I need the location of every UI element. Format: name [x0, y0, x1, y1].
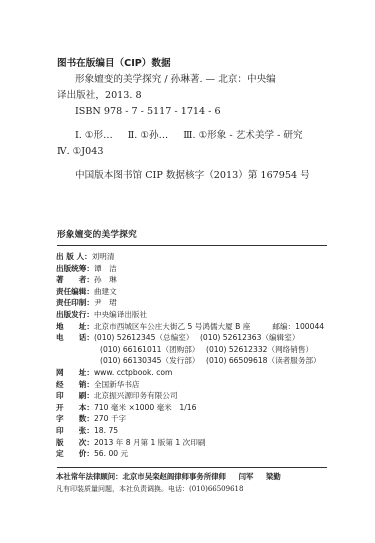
phone-line-2: (010) 66161011（团购部） (010) 52612332（网络销售） — [56, 344, 324, 356]
footer: 本社常年法律顾问：北京市吴栾赵阎律师事务所律师 闫军 梁勤 凡有印装质量问题，本… — [56, 471, 281, 495]
label: 地 址： — [56, 321, 94, 333]
cip-isbn: ISBN 978 - 7 - 5117 - 1714 - 6 — [57, 104, 357, 120]
row-word-count: 字 数： 270 千字 — [56, 413, 324, 425]
phone-online-sales: (010) 52612332（网络销售） — [206, 344, 313, 356]
legal-counsel-text: 本社常年法律顾问：北京市吴栾赵阎律师事务所律师 — [56, 472, 226, 481]
label: 印 刷： — [56, 390, 94, 402]
label: 字 数： — [56, 413, 94, 425]
cip-entry-line2: 译出版社，2013. 8 — [57, 88, 357, 104]
value: 北京振兴源印务有限公司 — [94, 390, 178, 402]
label: 电 话： — [56, 332, 94, 344]
cip-data-block: 图书在版编目（CIP）数据 形象嬗变的美学探究 / 孙琳著. — 北京：中央编 … — [57, 56, 357, 184]
value: 北京市西城区车公庄大街乙 5 号鸿儒大厦 B 座 — [94, 321, 250, 333]
phone-line-1: (010) 52612345（总编室） (010) 52612363（编辑室） — [94, 332, 299, 344]
row-printer: 印 刷： 北京振兴源印务有限公司 — [56, 390, 324, 402]
value: 曲建文 — [94, 286, 117, 298]
divider-top — [57, 245, 327, 246]
value: 全国新华书店 — [94, 379, 140, 391]
value: 270 千字 — [94, 413, 126, 425]
phone-distribution: (010) 66130345（发行部） — [100, 355, 206, 367]
value: 中央编译出版社 — [94, 309, 147, 321]
label: 印 张： — [56, 425, 94, 437]
value: 刘明清 — [92, 251, 115, 263]
label: 出版发行： — [56, 309, 94, 321]
row-format: 开 本： 710 毫米 ×1000 毫米 1/16 — [56, 402, 324, 414]
lawyer-2: 梁勤 — [266, 472, 281, 481]
phone-group-purchase: (010) 66161011（团购部） — [100, 344, 206, 356]
row-phone: 电 话： (010) 52612345（总编室） (010) 52612363（… — [56, 332, 324, 344]
value: 710 毫米 ×1000 毫米 1/16 — [94, 402, 196, 414]
value: 56. 00 元 — [94, 448, 128, 460]
website-link[interactable]: www. cctpbook. com — [94, 367, 172, 379]
value: 孙 琳 — [94, 274, 117, 286]
row-publishing-director: 出版统筹： 谭 洁 — [56, 263, 324, 275]
phone-reader-service: (010) 66509618（读者服务部） — [206, 355, 321, 367]
cip-class-3: Ⅲ. ①形象 - 艺术美学 - 研究 — [183, 130, 302, 141]
label: 责任印制： — [56, 297, 94, 309]
label: 出版统筹： — [56, 263, 94, 275]
row-price: 定 价： 56. 00 元 — [56, 448, 324, 460]
cip-classification: Ⅰ. ①形… Ⅱ. ①孙… Ⅲ. ①形象 - 艺术美学 - 研究 — [57, 128, 357, 144]
colophon: 出 版 人： 刘明清 出版统筹： 谭 洁 著 者： 孙 琳 责任编辑： 曲建文 … — [56, 251, 324, 460]
label: 版 次： — [56, 437, 94, 449]
row-author: 著 者： 孙 琳 — [56, 274, 324, 286]
row-edition: 版 次： 2013 年 8 月第 1 版第 1 次印刷 — [56, 437, 324, 449]
legal-counsel: 本社常年法律顾问：北京市吴栾赵阎律师事务所律师 闫军 梁勤 — [56, 471, 281, 483]
value: 2013 年 8 月第 1 版第 1 次印刷 — [94, 437, 205, 449]
row-publisher-person: 出 版 人： 刘明清 — [56, 251, 324, 263]
row-distributor: 经 销： 全国新华书店 — [56, 379, 324, 391]
value: 尹 珺 — [94, 297, 117, 309]
phone-line-3: (010) 66130345（发行部） (010) 66509618（读者服务部… — [56, 355, 324, 367]
label: 著 者： — [56, 274, 94, 286]
cip-heading: 图书在版编目（CIP）数据 — [57, 56, 357, 72]
quality-notice: 凡有印装质量问题，本社负责调换。电话：(010)66509618 — [56, 483, 281, 495]
cip-class-2: Ⅱ. ①孙… — [128, 130, 168, 141]
lawyer-names: 闫军 梁勤 — [229, 472, 281, 481]
label: 开 本： — [56, 402, 94, 414]
value: 18. 75 — [94, 425, 118, 437]
cip-class-1: Ⅰ. ①形… — [75, 130, 113, 141]
cip-classification-line2: Ⅳ. ①J043 — [57, 144, 357, 160]
label: 责任编辑： — [56, 286, 94, 298]
row-printing-manager: 责任印制： 尹 珺 — [56, 297, 324, 309]
row-editor: 责任编辑： 曲建文 — [56, 286, 324, 298]
postcode: 邮编：100044 — [272, 321, 324, 333]
row-website: 网 址： www. cctpbook. com — [56, 367, 324, 379]
cip-entry-line1: 形象嬗变的美学探究 / 孙琳著. — 北京：中央编 — [57, 72, 357, 88]
book-title: 形象嬗变的美学探究 — [57, 228, 137, 240]
cip-approval: 中国版本图书馆 CIP 数据核字（2013）第 167954 号 — [57, 168, 357, 184]
label: 网 址： — [56, 367, 94, 379]
label: 定 价： — [56, 448, 94, 460]
row-issuer: 出版发行： 中央编译出版社 — [56, 309, 324, 321]
value: 谭 洁 — [94, 263, 117, 275]
lawyer-1: 闫军 — [239, 472, 254, 481]
row-address: 地 址： 北京市西城区车公庄大街乙 5 号鸿儒大厦 B 座 邮编：100044 — [56, 321, 324, 333]
row-sheets: 印 张： 18. 75 — [56, 425, 324, 437]
label: 经 销： — [56, 379, 94, 391]
phone-editing-room: (010) 52612363（编辑室） — [200, 332, 299, 344]
phone-editorial-office: (010) 52612345（总编室） — [94, 332, 200, 344]
label: 出 版 人： — [56, 251, 92, 263]
divider-bottom — [57, 467, 327, 468]
